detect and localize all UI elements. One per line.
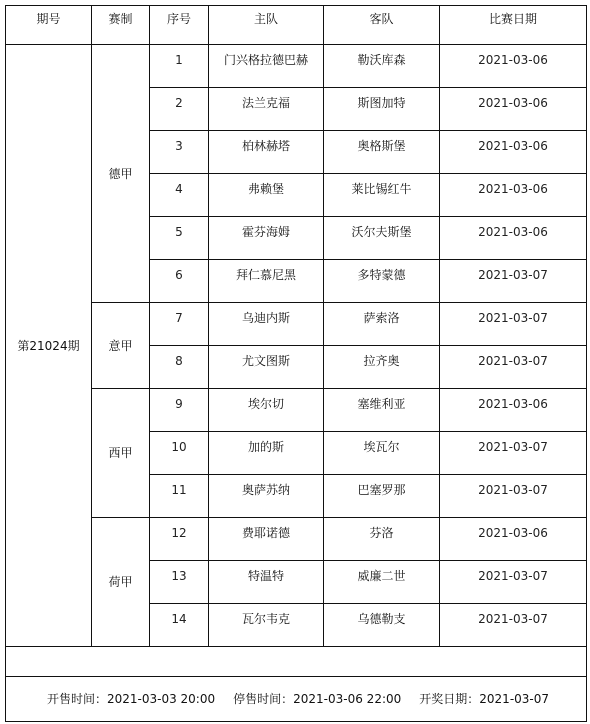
blank-cell <box>6 647 587 677</box>
league-cell: 意甲 <box>92 303 150 389</box>
draw-date-label: 开奖日期： <box>419 692 479 706</box>
match-date: 2021-03-07 <box>440 303 587 346</box>
league-cell: 德甲 <box>92 45 150 303</box>
away-team: 威廉二世 <box>324 561 440 604</box>
away-team: 巴塞罗那 <box>324 475 440 518</box>
away-team: 多特蒙德 <box>324 260 440 303</box>
match-date: 2021-03-07 <box>440 432 587 475</box>
home-team: 柏林赫塔 <box>209 131 324 174</box>
header-row: 期号 赛制 序号 主队 客队 比赛日期 <box>6 6 587 45</box>
match-number: 7 <box>150 303 209 346</box>
header-home-team: 主队 <box>209 6 324 45</box>
home-team: 霍芬海姆 <box>209 217 324 260</box>
match-date: 2021-03-07 <box>440 604 587 647</box>
away-team: 塞维利亚 <box>324 389 440 432</box>
footer-row: 开售时间：2021-03-03 20:00 停售时间：2021-03-06 22… <box>6 677 587 722</box>
match-number: 8 <box>150 346 209 389</box>
home-team: 乌迪内斯 <box>209 303 324 346</box>
home-team: 费耶诺德 <box>209 518 324 561</box>
sale-start-label: 开售时间： <box>47 692 107 706</box>
match-number: 1 <box>150 45 209 88</box>
match-number: 14 <box>150 604 209 647</box>
home-team: 加的斯 <box>209 432 324 475</box>
match-date: 2021-03-07 <box>440 561 587 604</box>
sale-start-value: 2021-03-03 20:00 <box>107 692 215 706</box>
blank-row <box>6 647 587 677</box>
table-row: 荷甲 12 费耶诺德 芬洛 2021-03-06 <box>6 518 587 561</box>
match-date: 2021-03-06 <box>440 217 587 260</box>
home-team: 埃尔切 <box>209 389 324 432</box>
match-number: 11 <box>150 475 209 518</box>
league-cell: 荷甲 <box>92 518 150 647</box>
sale-info: 开售时间：2021-03-03 20:00 停售时间：2021-03-06 22… <box>6 692 586 706</box>
away-team: 斯图加特 <box>324 88 440 131</box>
match-date: 2021-03-06 <box>440 389 587 432</box>
match-number: 4 <box>150 174 209 217</box>
home-team: 门兴格拉德巴赫 <box>209 45 324 88</box>
match-date: 2021-03-06 <box>440 518 587 561</box>
away-team: 埃瓦尔 <box>324 432 440 475</box>
table-row: 意甲 7 乌迪内斯 萨索洛 2021-03-07 <box>6 303 587 346</box>
match-date: 2021-03-06 <box>440 88 587 131</box>
home-team: 法兰克福 <box>209 88 324 131</box>
match-number: 6 <box>150 260 209 303</box>
home-team: 弗赖堡 <box>209 174 324 217</box>
match-number: 10 <box>150 432 209 475</box>
league-cell: 西甲 <box>92 389 150 518</box>
header-match-date: 比赛日期 <box>440 6 587 45</box>
table-row: 西甲 9 埃尔切 塞维利亚 2021-03-06 <box>6 389 587 432</box>
away-team: 拉齐奥 <box>324 346 440 389</box>
away-team: 沃尔夫斯堡 <box>324 217 440 260</box>
sale-end: 停售时间：2021-03-06 22:00 <box>233 692 401 706</box>
match-number: 3 <box>150 131 209 174</box>
home-team: 奥萨苏纳 <box>209 475 324 518</box>
footer-cell: 开售时间：2021-03-03 20:00 停售时间：2021-03-06 22… <box>6 677 587 722</box>
match-number: 12 <box>150 518 209 561</box>
match-number: 2 <box>150 88 209 131</box>
away-team: 奥格斯堡 <box>324 131 440 174</box>
home-team: 尤文图斯 <box>209 346 324 389</box>
match-number: 13 <box>150 561 209 604</box>
match-date: 2021-03-06 <box>440 45 587 88</box>
home-team: 特温特 <box>209 561 324 604</box>
away-team: 莱比锡红牛 <box>324 174 440 217</box>
issue-cell: 第21024期 <box>6 45 92 647</box>
home-team: 瓦尔韦克 <box>209 604 324 647</box>
away-team: 乌德勒支 <box>324 604 440 647</box>
match-date: 2021-03-07 <box>440 260 587 303</box>
match-date: 2021-03-07 <box>440 475 587 518</box>
away-team: 萨索洛 <box>324 303 440 346</box>
draw-date: 开奖日期：2021-03-07 <box>419 692 549 706</box>
header-league: 赛制 <box>92 6 150 45</box>
sale-end-label: 停售时间： <box>233 692 293 706</box>
header-away-team: 客队 <box>324 6 440 45</box>
draw-date-value: 2021-03-07 <box>479 692 549 706</box>
sale-end-value: 2021-03-06 22:00 <box>293 692 401 706</box>
sale-start: 开售时间：2021-03-03 20:00 <box>47 692 215 706</box>
away-team: 芬洛 <box>324 518 440 561</box>
match-date: 2021-03-06 <box>440 131 587 174</box>
header-issue: 期号 <box>6 6 92 45</box>
match-date: 2021-03-06 <box>440 174 587 217</box>
away-team: 勒沃库森 <box>324 45 440 88</box>
match-schedule-table: 期号 赛制 序号 主队 客队 比赛日期 第21024期 德甲 1 门兴格拉德巴赫… <box>5 5 587 722</box>
table-row: 第21024期 德甲 1 门兴格拉德巴赫 勒沃库森 2021-03-06 <box>6 45 587 88</box>
match-number: 5 <box>150 217 209 260</box>
home-team: 拜仁慕尼黑 <box>209 260 324 303</box>
match-date: 2021-03-07 <box>440 346 587 389</box>
header-number: 序号 <box>150 6 209 45</box>
match-number: 9 <box>150 389 209 432</box>
